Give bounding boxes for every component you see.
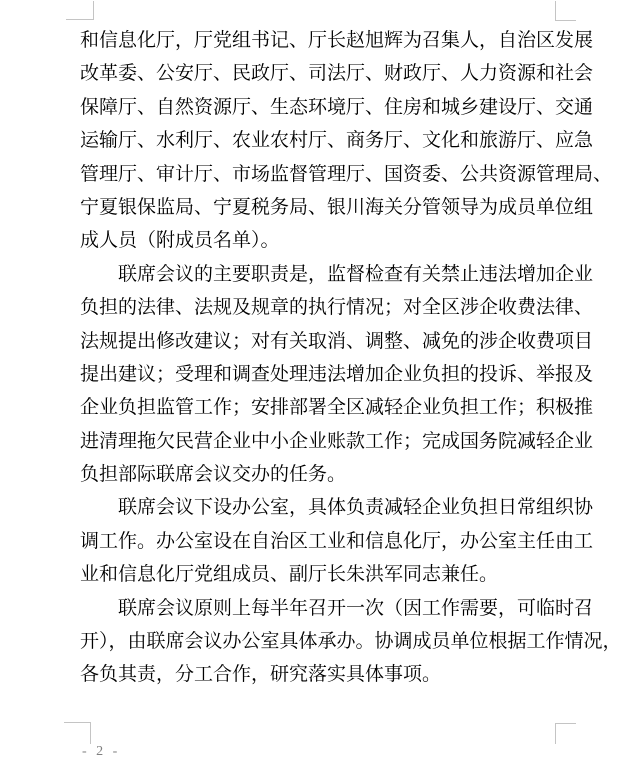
text-line: 运输厅、水利厅、农业农村厅、商务厅、文化和旅游厅、应急: [80, 124, 571, 157]
text-line: 联席会议原则上每半年召开一次（因工作需要，可临时召: [80, 592, 571, 625]
text-line: 宁夏银保监局、宁夏税务局、银川海关分管领导为成员单位组: [80, 191, 571, 224]
text-line: 成人员（附成员名单）。: [80, 224, 571, 257]
text-line: 开），由联席会议办公室具体承办。协调成员单位根据工作情况，: [80, 625, 571, 658]
crop-mark-top-left-icon: [66, 1, 94, 20]
text-line: 保障厅、自然资源厅、生态环境厅、住房和城乡建设厅、交通: [80, 91, 571, 124]
crop-mark-bottom-right-icon: [555, 723, 576, 744]
text-line: 联席会议下设办公室，具体负责减轻企业负担日常组织协: [80, 491, 571, 524]
text-line: 企业负担监管工作；安排部署全区减轻企业负担工作；积极推: [80, 391, 571, 424]
document-page: 和信息化厅，厅党组书记、厅长赵旭辉为召集人，自治区发展改革委、公安厅、民政厅、司…: [0, 0, 634, 770]
text-line: 负担部际联席会议交办的任务。: [80, 458, 571, 491]
document-body: 和信息化厅，厅党组书记、厅长赵旭辉为召集人，自治区发展改革委、公安厅、民政厅、司…: [80, 24, 571, 692]
text-line: 进清理拖欠民营企业中小企业账款工作；完成国务院减轻企业: [80, 425, 571, 458]
crop-mark-bottom-left-icon: [64, 722, 91, 744]
text-line: 负担的法律、法规及规章的执行情况；对全区涉企收费法律、: [80, 291, 571, 324]
text-line: 业和信息化厅党组成员、副厅长朱洪军同志兼任。: [80, 558, 571, 591]
page-number: - 2 -: [82, 743, 120, 761]
text-line: 改革委、公安厅、民政厅、司法厅、财政厅、人力资源和社会: [80, 57, 571, 90]
text-line: 调工作。办公室设在自治区工业和信息化厅，办公室主任由工: [80, 525, 571, 558]
text-line: 管理厅、审计厅、市场监督管理厅、国资委、公共资源管理局、: [80, 158, 571, 191]
text-line: 各负其责，分工合作，研究落实具体事项。: [80, 658, 571, 691]
text-line: 联席会议的主要职责是，监督检查有关禁止违法增加企业: [80, 258, 571, 291]
text-line: 和信息化厅，厅党组书记、厅长赵旭辉为召集人，自治区发展: [80, 24, 571, 57]
text-line: 提出建议；受理和调查处理违法增加企业负担的投诉、举报及: [80, 358, 571, 391]
crop-mark-top-right-icon: [555, 1, 576, 21]
text-line: 法规提出修改建议；对有关取消、调整、减免的涉企收费项目: [80, 325, 571, 358]
